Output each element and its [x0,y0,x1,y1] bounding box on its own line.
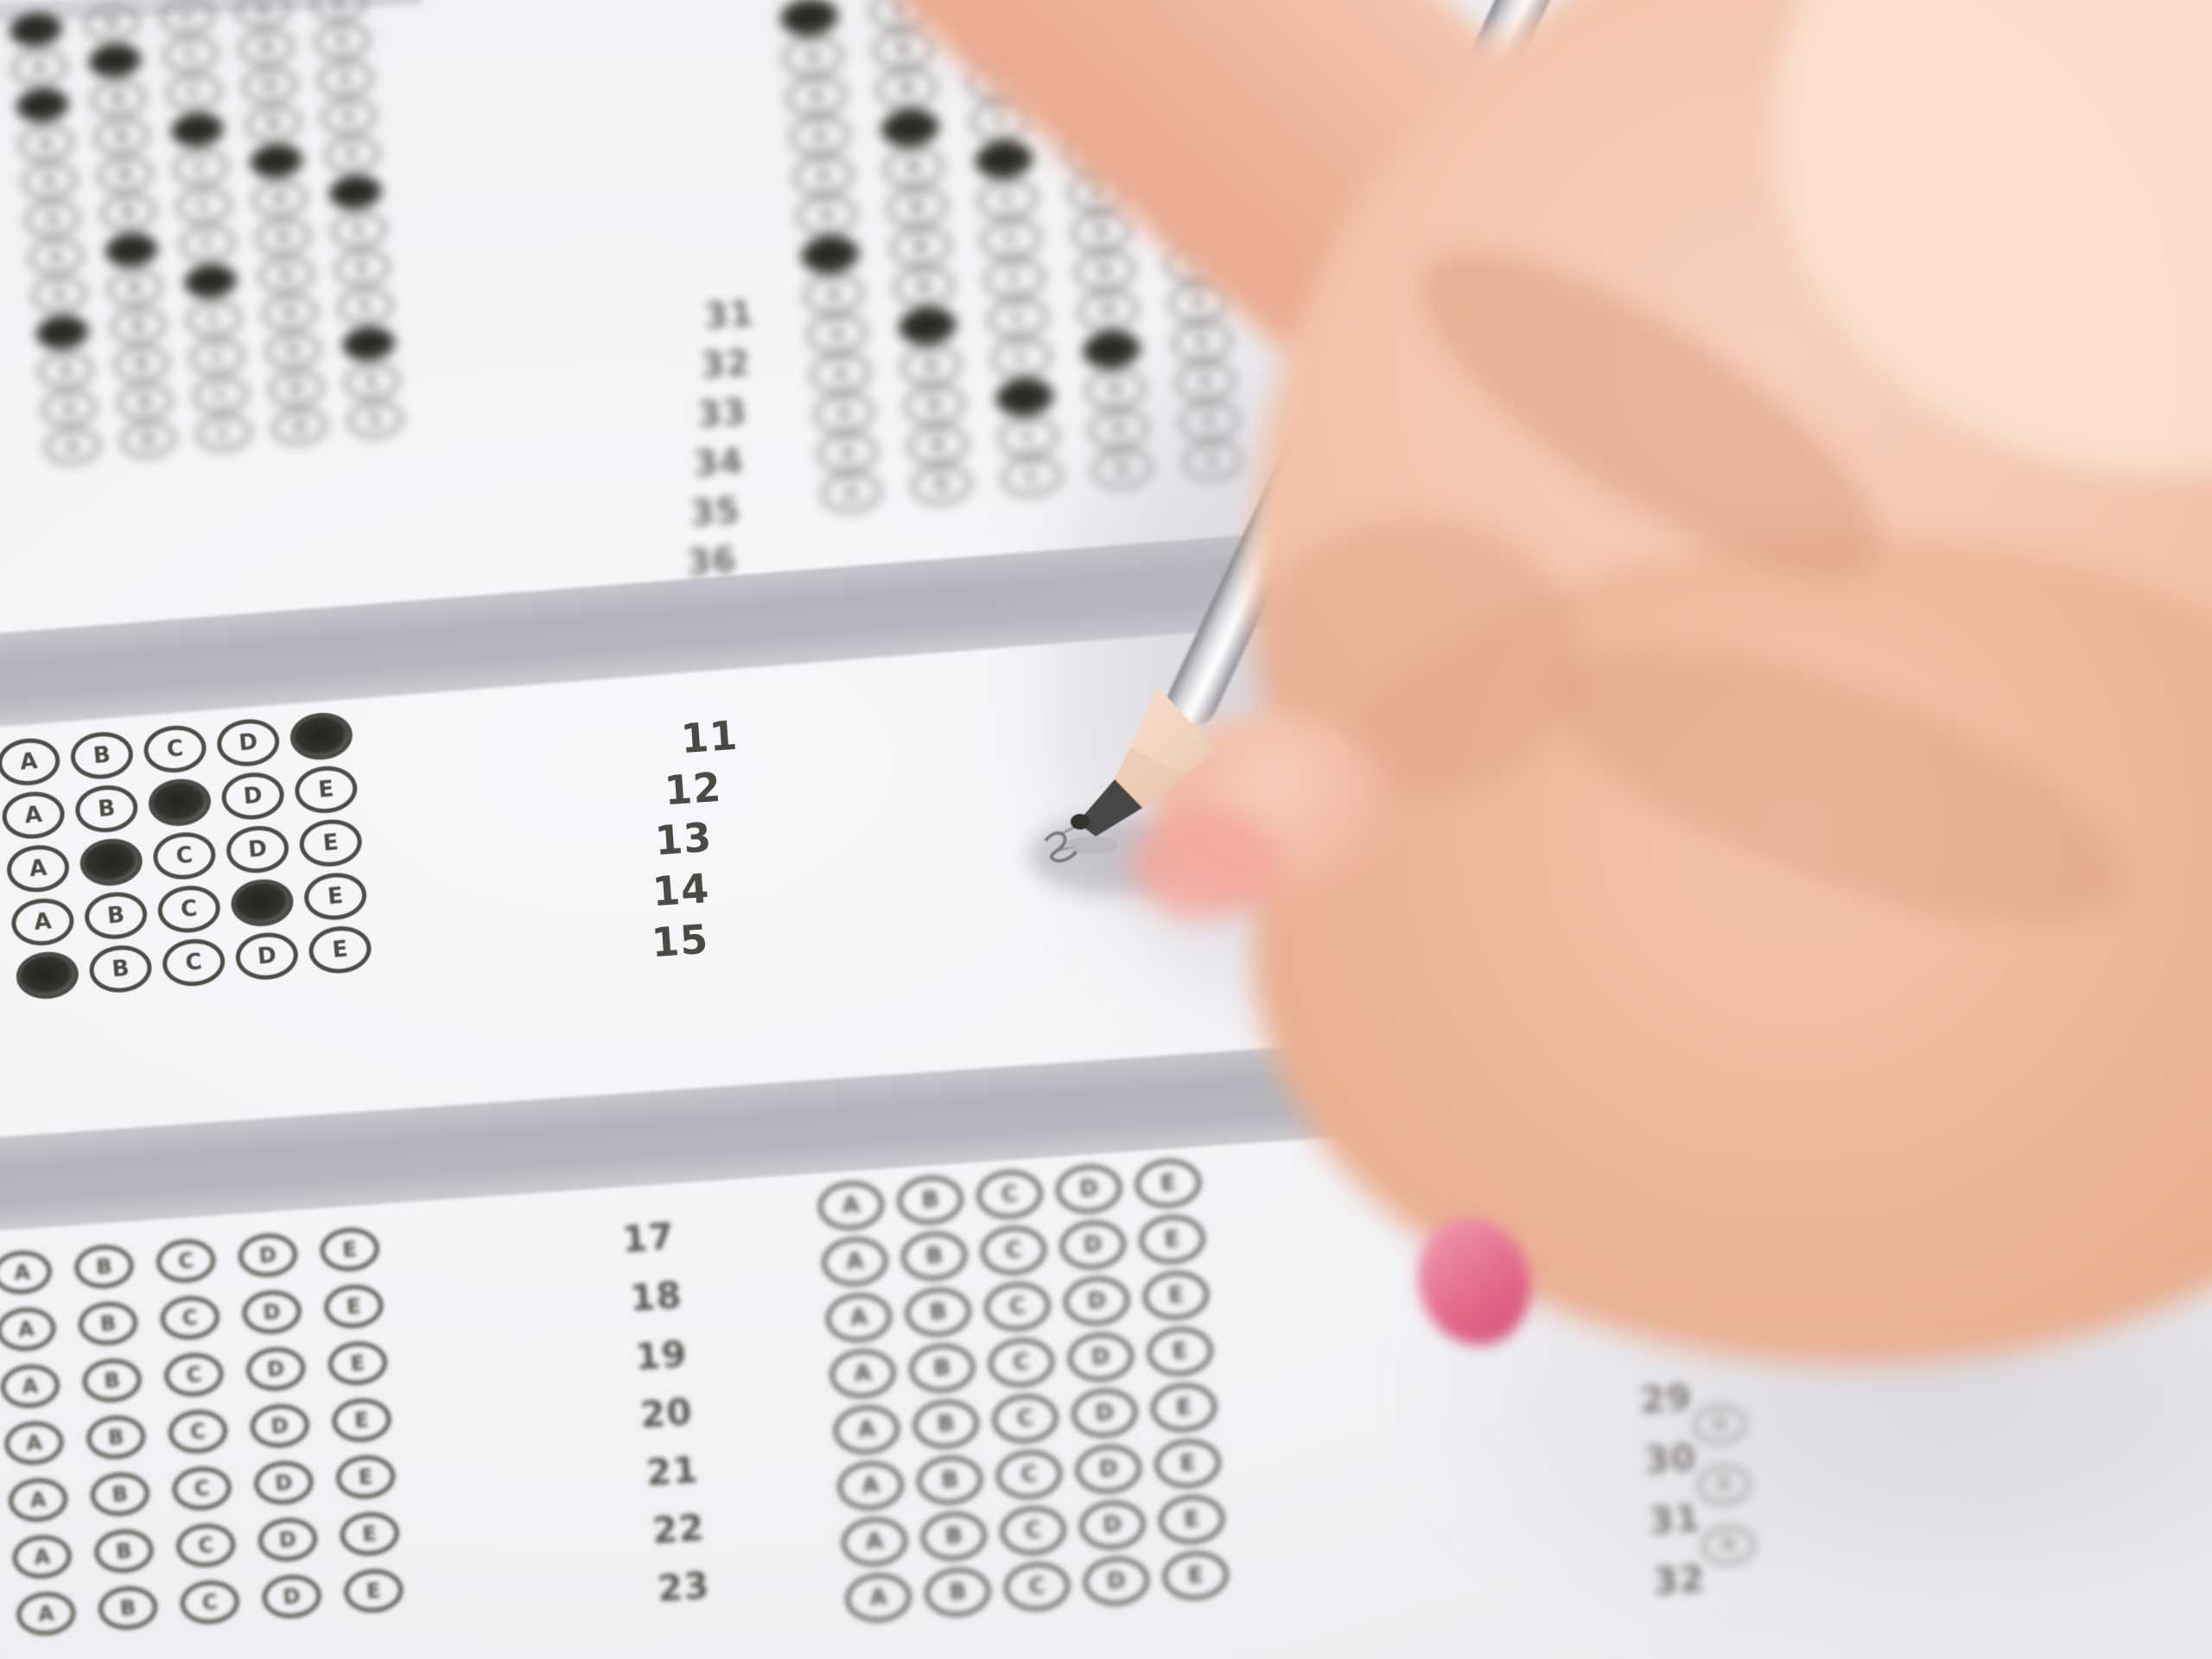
graphite-point [1071,814,1090,829]
tip-contact-shadow [1066,836,1118,854]
answer-sheet-photo: ABCDEABCDEABCDEABCDEABCDEABCDEABCDEABCDE… [0,0,2212,1659]
pencil-tip [1020,674,1262,881]
